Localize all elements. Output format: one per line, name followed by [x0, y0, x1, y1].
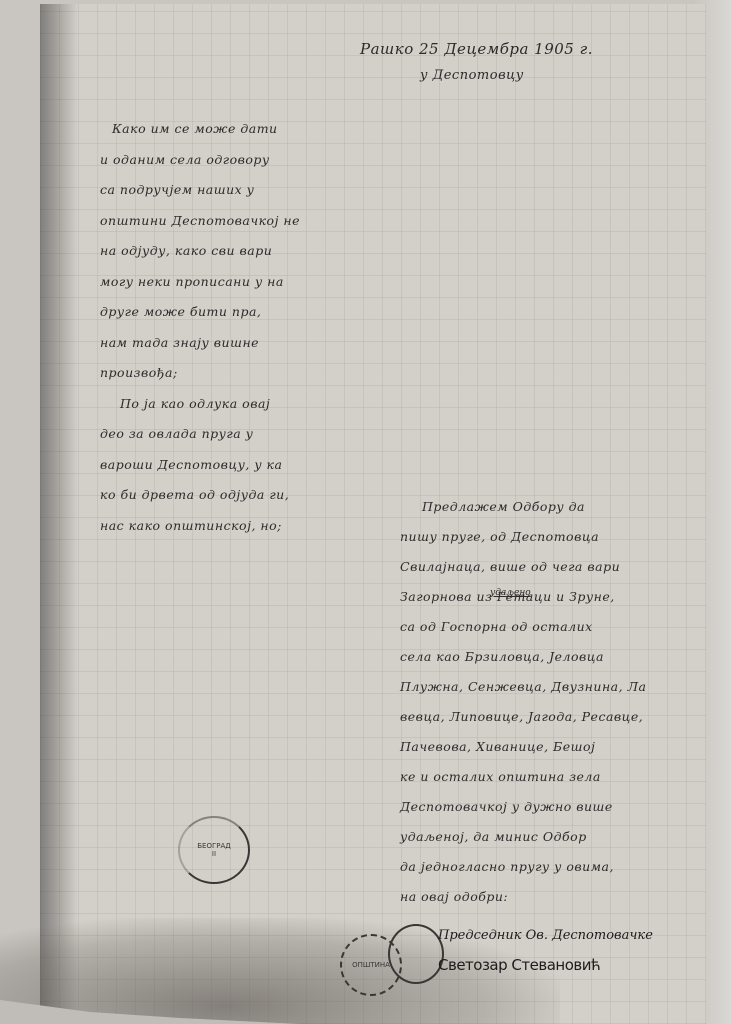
left-line: и оданим села одговору — [100, 145, 300, 176]
signature-name: Светозар Стевановић — [438, 956, 600, 974]
right-line: Пачевова, Хиванице, Бешој — [400, 732, 646, 762]
right-line: Свилајнаца, више од чега вари — [400, 552, 646, 582]
right-line: Деспотовачкој у дужно више — [400, 792, 646, 822]
left-line: општини Деспотовачкој не — [100, 206, 300, 237]
left-line: део за овлада пруга у — [100, 419, 300, 450]
right-line: вевца, Липовице, Јагода, Ресавце, — [400, 702, 646, 732]
right-column-text: Предлажем Одбору да пишу пруге, од Деспо… — [400, 492, 646, 912]
left-line: друге може бити пра, — [100, 297, 300, 328]
right-line: удаљеној, да минис Одбор — [400, 822, 646, 852]
stamp-text: БЕОГРАД — [197, 842, 230, 850]
stamp-text: ОПШТИНА — [352, 961, 390, 969]
left-column-text: Како им се може дати и оданим села одгов… — [100, 114, 300, 541]
left-line: По ја као одлука овај — [100, 389, 300, 420]
right-line: села као Брзиловца, Јеловца — [400, 642, 646, 672]
place-date: Рашко 25 Децембра 1905 г. — [360, 40, 593, 58]
stamp-number: II — [212, 850, 216, 858]
left-line: ко би дрвета од одјуда ги, — [100, 480, 300, 511]
right-line: пишу пруге, од Деспотовца — [400, 522, 646, 552]
signature-title: Председник Ов. Деспотовачке — [438, 928, 653, 943]
left-line: Како им се може дати — [100, 114, 300, 145]
right-line: Загорнова из Гетаци и Зруне, — [400, 582, 646, 612]
municipality-stamp-seal — [388, 924, 444, 984]
document-page: Рашко 25 Децембра 1905 г. у Деспотовцу К… — [40, 4, 706, 1024]
left-line: вароши Деспотовцу, у ка — [100, 450, 300, 481]
left-line: нас како општинској, но; — [100, 511, 300, 542]
left-line: могу неки прописани у на — [100, 267, 300, 298]
right-line: Плужна, Сенжевца, Двузнина, Ла — [400, 672, 646, 702]
right-line: Предлажем Одбору да — [400, 492, 646, 522]
right-line: ке и осталих општина зела — [400, 762, 646, 792]
page-shadow — [40, 4, 78, 1024]
right-line: са од Госпорна од осталих — [400, 612, 646, 642]
right-line: да једногласно пругу у овима, — [400, 852, 646, 882]
place-date-line2: у Деспотовцу — [420, 68, 524, 83]
archive-stamp: БЕОГРАД II — [178, 816, 250, 884]
right-line: на овај одобри: — [400, 882, 646, 912]
left-line: нам тада знају вишне — [100, 328, 300, 359]
left-line: на одјуду, како сви вари — [100, 236, 300, 267]
left-line: са подручјем наших у — [100, 175, 300, 206]
left-line: произвођа; — [100, 358, 300, 389]
